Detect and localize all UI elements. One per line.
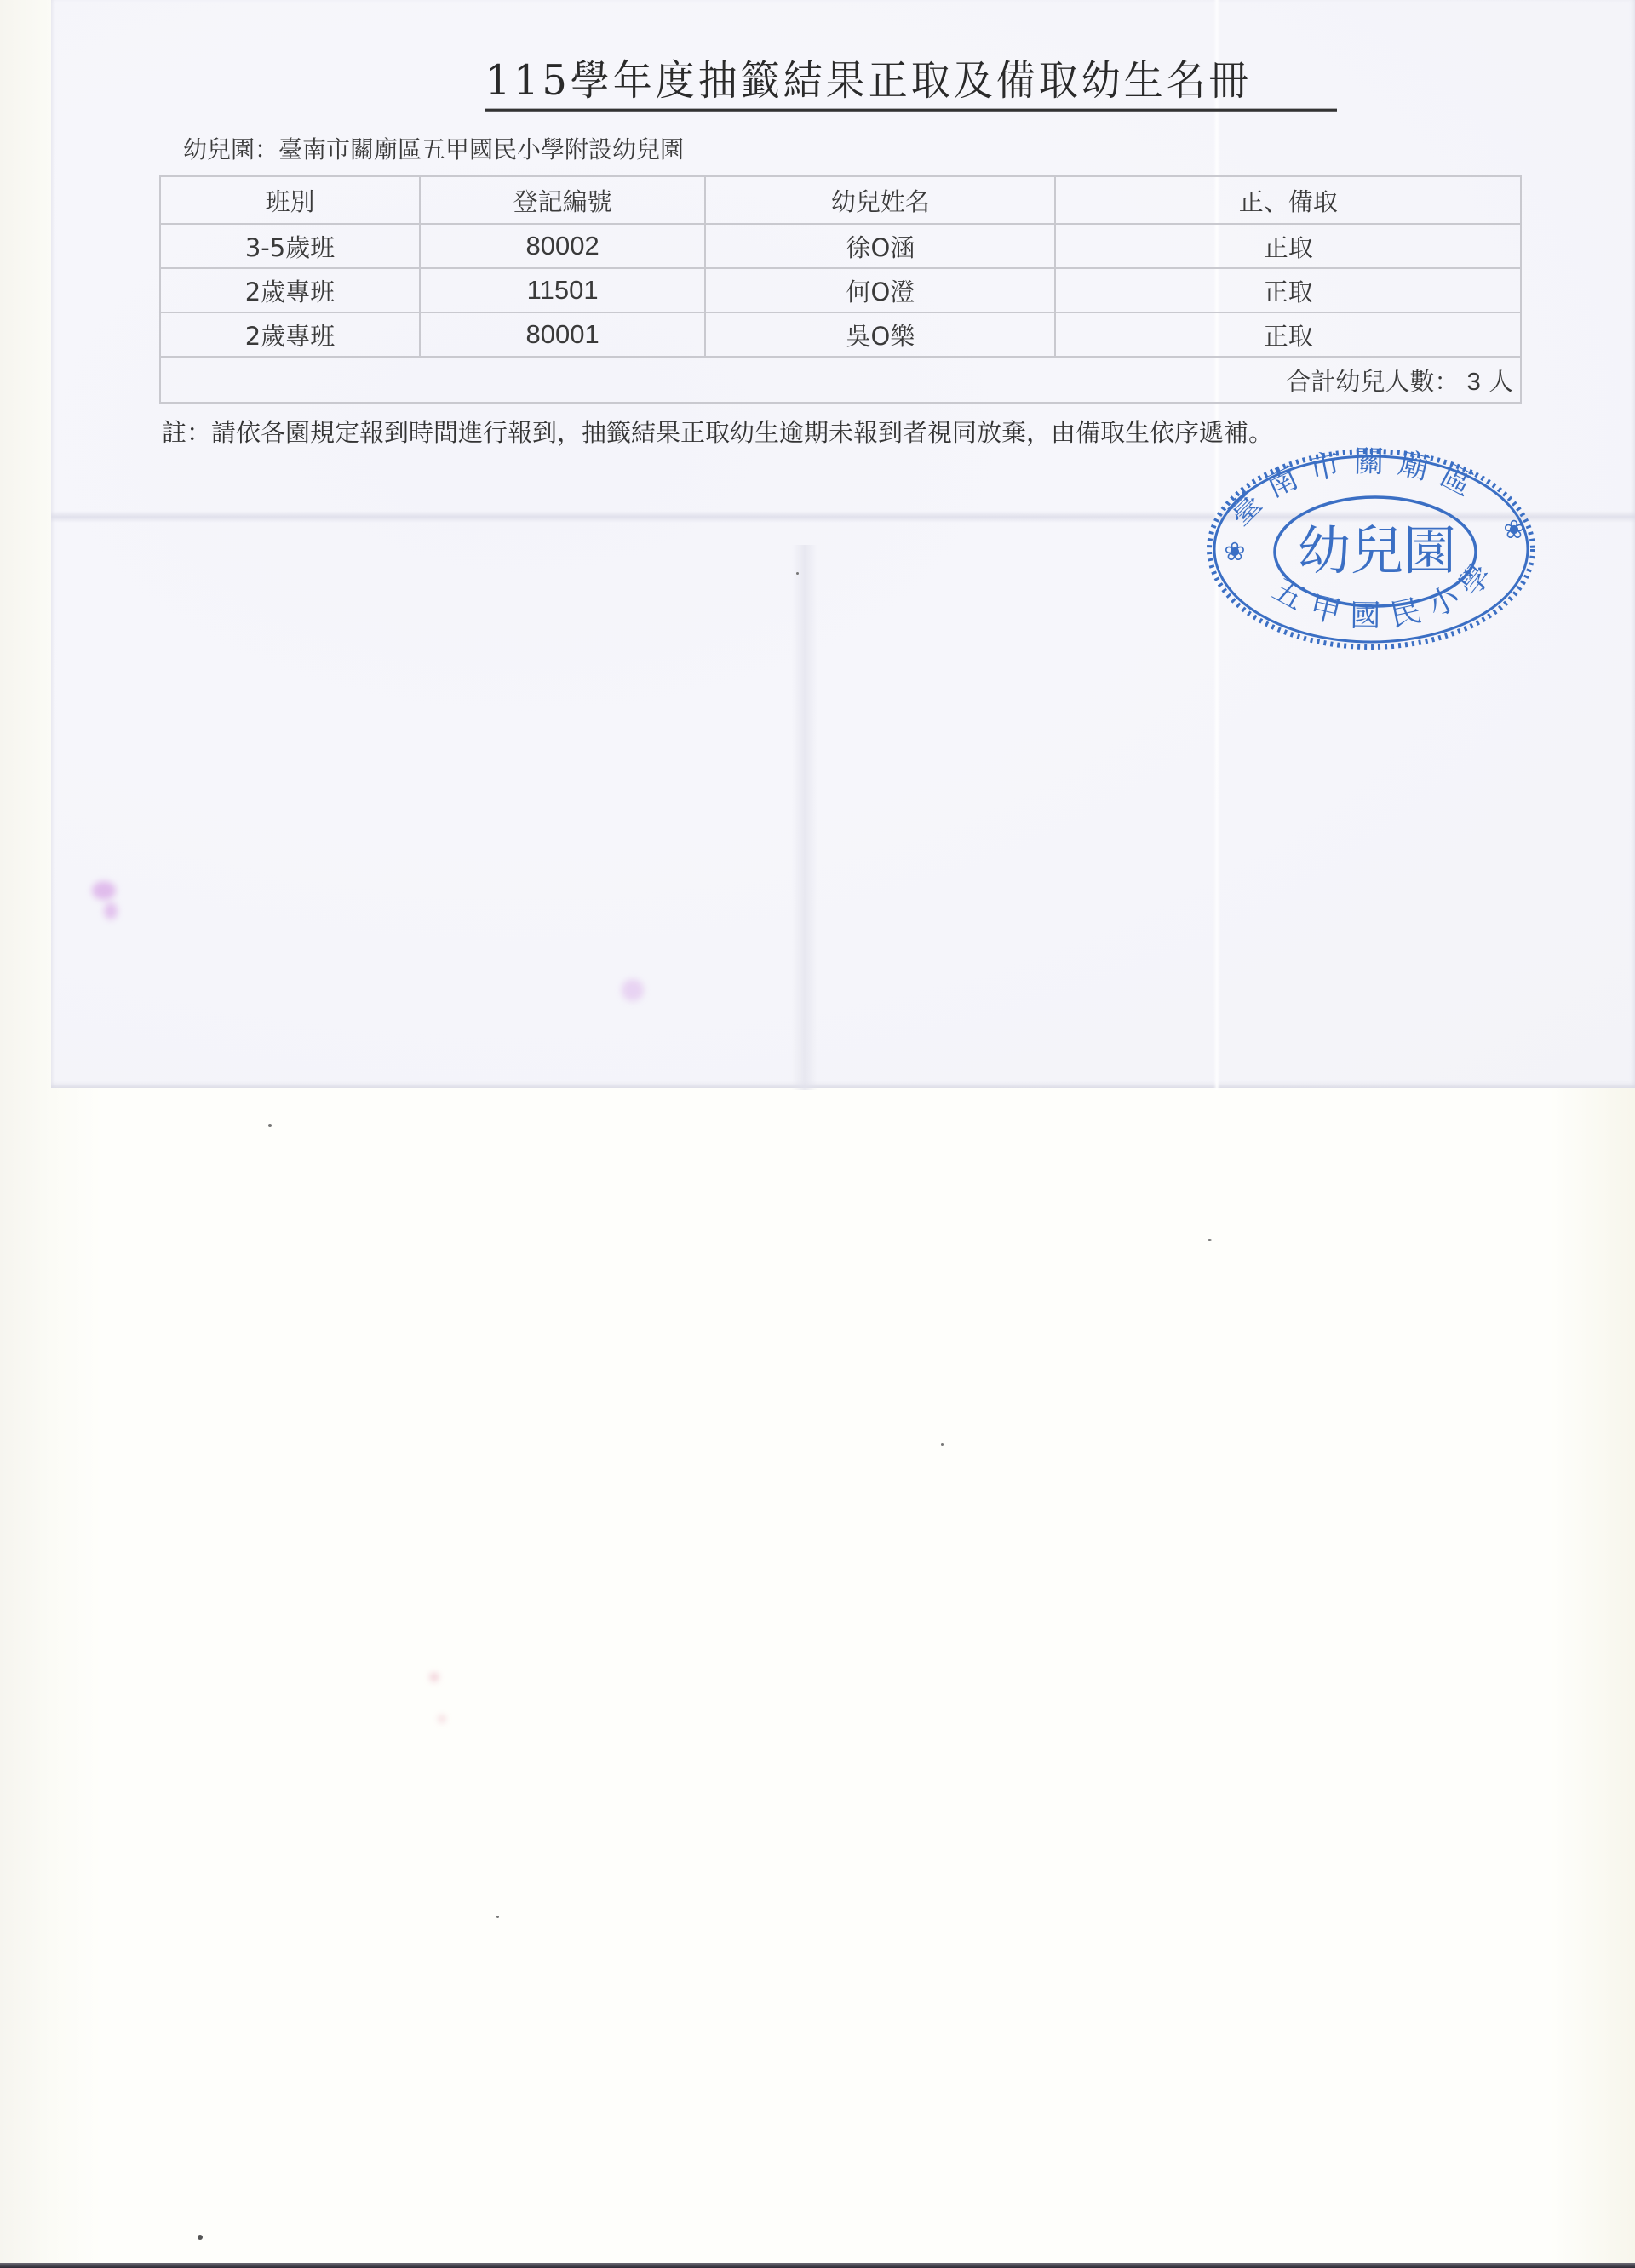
dust-speck (1208, 1239, 1212, 1241)
paper-fold-vertical (792, 545, 817, 1090)
cell-class: 2歲專班 (160, 268, 420, 312)
header-admission-status: 正、備取 (1055, 176, 1521, 224)
dust-speck (268, 1124, 272, 1127)
cell-class: 3-5歲班 (160, 224, 420, 268)
kindergarten-line: 幼兒園：臺南市關廟區五甲國民小學附設幼兒園 (183, 131, 684, 165)
note-text: 註：請依各園規定報到時間進行報到，抽籤結果正取幼生逾期未報到者視同放棄，由備取生… (162, 414, 1273, 449)
cell-admission-status: 正取 (1055, 312, 1521, 357)
cell-admission-status: 正取 (1055, 224, 1521, 268)
enrollment-table: 班別 登記編號 幼兒姓名 正、備取 3-5歲班 80002 徐O涵 正取 2歲專… (159, 175, 1522, 404)
table-row: 2歲專班 11501 何O澄 正取 (160, 268, 1521, 312)
scan-bottom-edge (0, 2263, 1635, 2268)
cell-registration-no: 11501 (420, 268, 705, 312)
table-row: 3-5歲班 80002 徐O涵 正取 (160, 224, 1521, 268)
seal-stamp-icon: 臺南市關廟區 五甲國民小學 幼兒園 ❀ ❀ (1201, 443, 1541, 656)
cell-child-name: 徐O涵 (705, 224, 1055, 268)
ink-smudge (430, 1673, 439, 1681)
plum-blossom-icon: ❀ (1503, 515, 1524, 545)
seal-center-text: 幼兒園 (1298, 519, 1456, 581)
ink-smudge (439, 1715, 445, 1722)
ink-smudge (92, 881, 116, 900)
total-count-cell: 合計幼兒人數： 3 人 (160, 357, 1521, 403)
header-child-name: 幼兒姓名 (705, 176, 1055, 224)
cell-child-name: 吳O樂 (705, 312, 1055, 357)
total-count: 3 (1467, 369, 1481, 396)
dust-speck (941, 1443, 944, 1446)
table-total-row: 合計幼兒人數： 3 人 (160, 357, 1521, 403)
document-title: 115學年度抽籤結果正取及備取幼生名冊 (485, 48, 1337, 112)
kindergarten-label: 幼兒園： (183, 135, 278, 163)
kindergarten-name: 臺南市關廟區五甲國民小學附設幼兒園 (278, 135, 684, 163)
cell-registration-no: 80002 (420, 224, 705, 268)
plum-blossom-icon: ❀ (1224, 537, 1245, 567)
ink-smudge (622, 979, 644, 1001)
total-unit: 人 (1489, 367, 1513, 396)
dust-speck (796, 572, 799, 575)
official-seal: 臺南市關廟區 五甲國民小學 幼兒園 ❀ ❀ (1201, 443, 1541, 656)
cell-class: 2歲專班 (160, 312, 420, 357)
cell-child-name: 何O澄 (705, 268, 1055, 312)
dust-speck (496, 1916, 499, 1918)
table-header-row: 班別 登記編號 幼兒姓名 正、備取 (160, 176, 1521, 224)
cell-registration-no: 80001 (420, 312, 705, 357)
cell-admission-status: 正取 (1055, 268, 1521, 312)
header-registration-no: 登記編號 (420, 176, 705, 224)
header-class: 班別 (160, 176, 420, 224)
total-label: 合計幼兒人數： (1286, 367, 1459, 396)
dust-speck (198, 2235, 203, 2240)
table-row: 2歲專班 80001 吳O樂 正取 (160, 312, 1521, 357)
ink-smudge (104, 902, 118, 919)
